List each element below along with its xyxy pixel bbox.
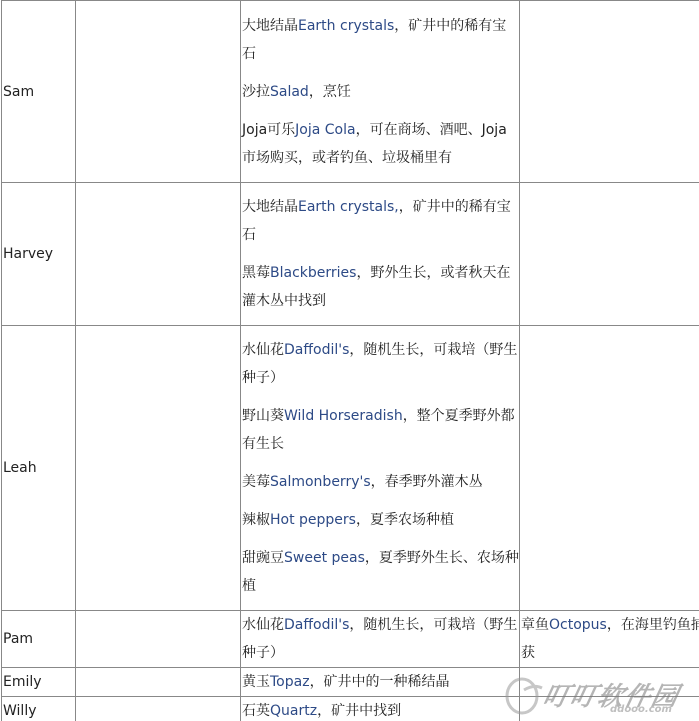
gift-item: 野山葵Wild Horseradish，整个夏季野外都有生长 — [242, 402, 519, 458]
table-row: Pam 水仙花Daffodil's，随机生长，可栽培（野生种子） 章鱼Octop… — [2, 611, 699, 668]
gift-item: 辣椒Hot peppers，夏季农场种植 — [242, 506, 519, 534]
empty-cell — [76, 697, 241, 721]
empty-cell — [76, 611, 241, 668]
gift-list-cell: 石英Quartz，矿井中找到 — [241, 697, 520, 721]
empty-cell — [76, 1, 241, 183]
gift-item: Joja可乐Joja Cola，可在商场、酒吧、Joja市场购买，或者钓鱼、垃圾… — [242, 116, 519, 172]
gift-list-cell: 黄玉Topaz，矿井中的一种稀结晶 — [241, 668, 520, 697]
gift-item: 石英Quartz，矿井中找到 — [242, 697, 519, 721]
gift-item: 大地结晶Earth crystals，矿井中的稀有宝石 — [242, 12, 519, 68]
table-row: Emily 黄玉Topaz，矿井中的一种稀结晶 — [2, 668, 699, 697]
villager-name: Emily — [2, 668, 76, 697]
gift-item: 水仙花Daffodil's，随机生长，可栽培（野生种子） — [242, 336, 519, 392]
table-row: Willy 石英Quartz，矿井中找到 — [2, 697, 699, 721]
extra-cell: 章鱼Octopus，在海里钓鱼捕获 — [520, 611, 699, 668]
gift-item: 甜豌豆Sweet peas，夏季野外生长、农场种植 — [242, 544, 519, 600]
gift-list-cell: 水仙花Daffodil's，随机生长，可栽培（野生种子） 野山葵Wild Hor… — [241, 326, 520, 611]
empty-cell — [76, 183, 241, 326]
villager-name: Willy — [2, 697, 76, 721]
gift-item: 大地结晶Earth crystals,，矿井中的稀有宝石 — [242, 193, 519, 249]
table-row: Harvey 大地结晶Earth crystals,，矿井中的稀有宝石 黑莓Bl… — [2, 183, 699, 326]
villager-name: Harvey — [2, 183, 76, 326]
gift-item: 水仙花Daffodil's，随机生长，可栽培（野生种子） — [242, 611, 519, 667]
gift-list-cell: 大地结晶Earth crystals，矿井中的稀有宝石 沙拉Salad，烹饪 J… — [241, 1, 520, 183]
villager-name: Leah — [2, 326, 76, 611]
empty-cell — [76, 668, 241, 697]
extra-cell — [520, 1, 699, 183]
extra-cell — [520, 326, 699, 611]
extra-cell — [520, 697, 699, 721]
villager-gift-table: Sam 大地结晶Earth crystals，矿井中的稀有宝石 沙拉Salad，… — [1, 0, 699, 721]
gift-item: 沙拉Salad，烹饪 — [242, 78, 519, 106]
extra-cell — [520, 668, 699, 697]
empty-cell — [76, 326, 241, 611]
gift-list-cell: 大地结晶Earth crystals,，矿井中的稀有宝石 黑莓Blackberr… — [241, 183, 520, 326]
gift-item: 美莓Salmonberry's，春季野外灌木丛 — [242, 468, 519, 496]
villager-name: Pam — [2, 611, 76, 668]
gift-item: 黑莓Blackberries，野外生长，或者秋天在灌木丛中找到 — [242, 259, 519, 315]
gift-item: 黄玉Topaz，矿井中的一种稀结晶 — [242, 668, 519, 696]
table-row: Leah 水仙花Daffodil's，随机生长，可栽培（野生种子） 野山葵Wil… — [2, 326, 699, 611]
table-row: Sam 大地结晶Earth crystals，矿井中的稀有宝石 沙拉Salad，… — [2, 1, 699, 183]
gift-list-cell: 水仙花Daffodil's，随机生长，可栽培（野生种子） — [241, 611, 520, 668]
villager-name: Sam — [2, 1, 76, 183]
gift-item: 章鱼Octopus，在海里钓鱼捕获 — [521, 611, 699, 667]
extra-cell — [520, 183, 699, 326]
